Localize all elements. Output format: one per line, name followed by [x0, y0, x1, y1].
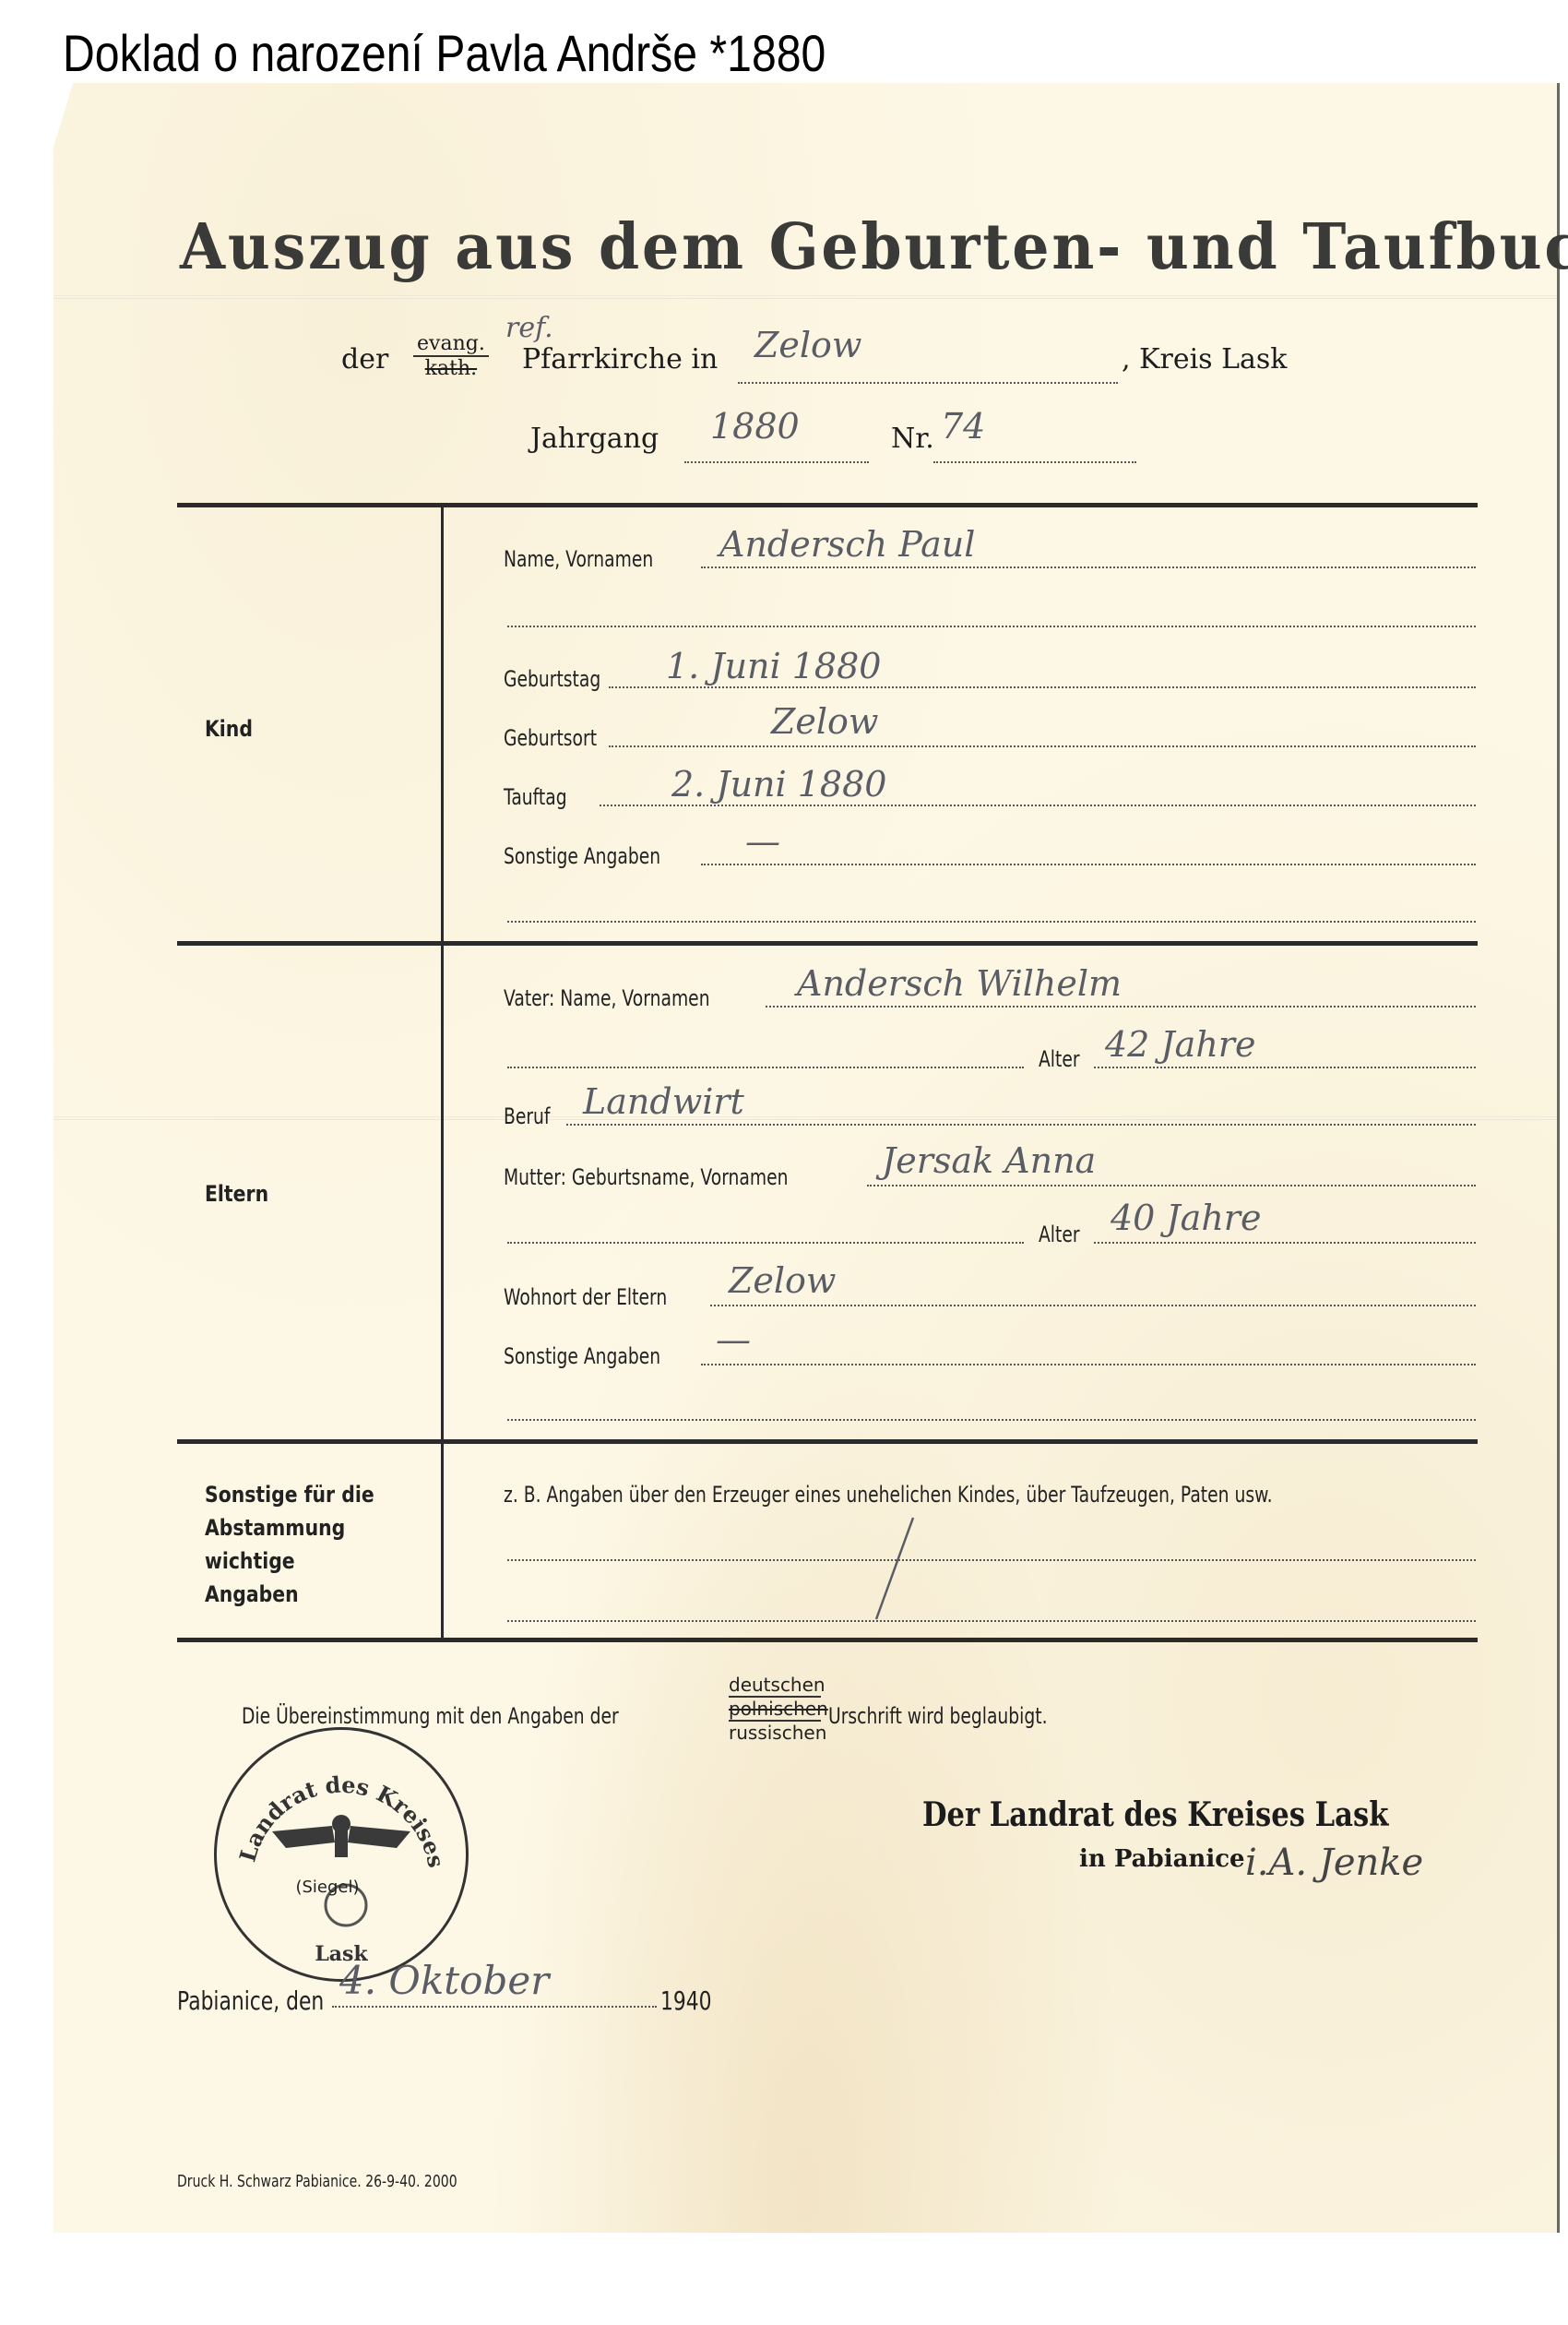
certification-text-before: Die Übereinstimmung mit den Angaben der	[242, 1703, 619, 1729]
place-date-label: Pabianice, den	[177, 1985, 324, 2016]
kind-name-value: Andersch Paul	[719, 524, 975, 565]
table-bottom-rule	[177, 1638, 1478, 1642]
nr-label: Nr.	[891, 423, 934, 455]
authority-signature: i.A. Jenke	[1245, 1842, 1423, 1884]
section-sonstige: Sonstige für die Abstammung wichtige Ang…	[205, 1478, 374, 1611]
section-sonstige-line: Abstammung	[205, 1511, 374, 1544]
jahrgang-value: 1880	[710, 406, 800, 447]
table-column-divider	[441, 507, 444, 1640]
page-caption: Doklad o narození Pavla Andrše *1880	[63, 26, 826, 81]
wohnort-value: Zelow	[729, 1260, 836, 1301]
fill-line	[1094, 1242, 1476, 1244]
pfarrkirche-label: Pfarrkirche in	[522, 343, 718, 376]
fill-line	[701, 1364, 1476, 1365]
table-rule-eltern	[177, 1439, 1478, 1444]
fill-line	[507, 1620, 1476, 1622]
wohnort-label: Wohnort der Eltern	[504, 1284, 667, 1310]
date-value: 4. Oktober	[339, 1958, 549, 2003]
beruf-value: Landwirt	[583, 1081, 744, 1122]
geburtstag-label: Geburtstag	[504, 666, 600, 692]
eagle-seal-icon: Landrat des Kreises Lask (Siegel)	[217, 1730, 466, 1979]
section-sonstige-line: wichtige	[205, 1544, 374, 1578]
fill-line	[738, 382, 1118, 384]
certification-options: deutschen polnischen russischen	[729, 1674, 821, 1744]
header-der: der	[341, 343, 388, 376]
jahrgang-label: Jahrgang	[530, 423, 659, 455]
kind-sonstige-value: —	[745, 821, 780, 862]
pfarrkirche-value: Zelow	[754, 325, 861, 365]
tauftag-label: Tauftag	[504, 784, 567, 810]
geburtsort-label: Geburtsort	[504, 725, 597, 751]
mutter-value: Jersak Anna	[882, 1140, 1096, 1181]
kreis-label: , Kreis Lask	[1122, 343, 1288, 376]
table-top-rule	[177, 503, 1478, 507]
denomination-fraction: evang. kath.	[406, 332, 496, 380]
fill-line	[609, 686, 1476, 688]
section-eltern: Eltern	[205, 1177, 268, 1210]
section-kind: Kind	[205, 712, 253, 745]
fill-line	[1094, 1067, 1476, 1068]
eltern-sonstige-value: —	[716, 1319, 751, 1360]
geburtsort-value: Zelow	[771, 701, 878, 742]
fill-line	[507, 921, 1476, 923]
kind-name-label: Name, Vornamen	[504, 546, 653, 572]
nr-value: 74	[941, 406, 985, 447]
fill-line	[507, 1419, 1476, 1421]
fill-line	[766, 1006, 1476, 1008]
vater-alter-value: 42 Jahre	[1105, 1024, 1255, 1065]
official-seal: Landrat des Kreises Lask (Siegel)	[214, 1727, 469, 1982]
option-russischen: russischen	[729, 1722, 821, 1744]
geburtstag-value: 1. Juni 1880	[666, 646, 881, 686]
table-rule-kind	[177, 941, 1478, 946]
fill-line	[507, 1559, 1476, 1561]
option-polnischen: polnischen	[729, 1698, 821, 1722]
mutter-label: Mutter: Geburtsname, Vornamen	[504, 1164, 789, 1190]
vater-alter-label: Alter	[1039, 1046, 1080, 1072]
option-deutschen: deutschen	[729, 1674, 821, 1698]
fill-line	[710, 1305, 1476, 1306]
denomination-kath: kath.	[413, 357, 489, 380]
seal-center: (Siegel)	[295, 1878, 359, 1897]
printer-note: Druck H. Schwarz Pabianice. 26-9-40. 200…	[177, 2172, 457, 2191]
kind-sonstige-label: Sonstige Angaben	[504, 843, 660, 869]
fill-line	[566, 1124, 1476, 1126]
strike-slash	[867, 1513, 922, 1624]
fill-line	[701, 566, 1476, 568]
mutter-alter-value: 40 Jahre	[1111, 1198, 1261, 1238]
fill-line	[933, 461, 1136, 463]
eltern-sonstige-label: Sonstige Angaben	[504, 1343, 660, 1369]
fill-line	[332, 2006, 657, 2008]
fill-line	[609, 745, 1476, 747]
sonstige-hint: z. B. Angaben über den Erzeuger eines un…	[504, 1482, 1273, 1508]
fill-line	[867, 1185, 1476, 1186]
fill-line	[507, 1067, 1024, 1068]
denomination-evang: evang.	[413, 332, 489, 357]
section-sonstige-line: Angaben	[205, 1578, 374, 1611]
vater-value: Andersch Wilhelm	[797, 963, 1122, 1004]
vater-label: Vater: Name, Vornamen	[504, 985, 710, 1011]
mutter-alter-label: Alter	[1039, 1222, 1080, 1247]
fold-crease	[53, 295, 1557, 299]
authority-line2: in Pabianice	[1079, 1845, 1245, 1873]
fill-line	[507, 626, 1476, 627]
fill-line	[701, 864, 1476, 865]
denomination-handwritten: ref.	[505, 312, 553, 344]
fill-line	[684, 461, 869, 463]
tauftag-value: 2. Juni 1880	[671, 764, 886, 805]
beruf-label: Beruf	[504, 1103, 551, 1129]
fold-crease	[53, 1116, 1557, 1120]
fill-line	[507, 1242, 1024, 1244]
authority-line1: Der Landrat des Kreises Lask	[922, 1795, 1388, 1834]
date-year: 1940	[660, 1985, 712, 2016]
document-title: Auszug aus dem Geburten- und Taufbuch	[180, 210, 1568, 284]
fill-line	[600, 805, 1476, 806]
section-sonstige-line: Sonstige für die	[205, 1478, 374, 1511]
certification-text-after: Urschrift wird beglaubigt.	[828, 1703, 1048, 1729]
